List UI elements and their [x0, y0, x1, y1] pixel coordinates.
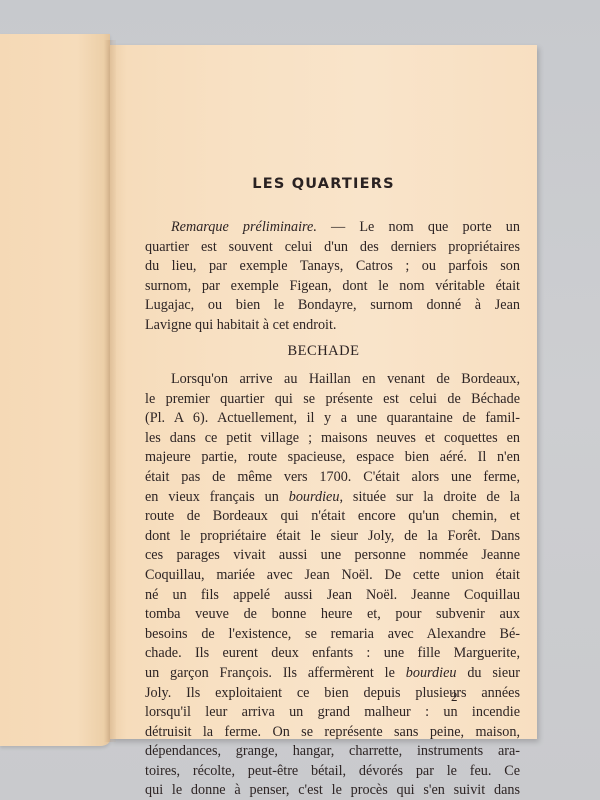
remark-line: surnom, par exemple Figean, dont le nom … — [145, 277, 520, 297]
body-line: route de Bordeaux qui n'était encore qu'… — [145, 507, 520, 527]
body-line: chade. Ils eurent deux enfants : une fil… — [145, 644, 520, 664]
body-paragraph: Lorsqu'on arrive au Haillan en venant de… — [145, 370, 520, 800]
body-line: détruisit la ferme. On se représente san… — [145, 723, 520, 743]
page-number: 2 — [451, 689, 458, 705]
body-line: lorsqu'il leur arriva un grand malheur :… — [145, 703, 520, 723]
body-line: majeure partie, route spacieuse, espace … — [145, 448, 520, 468]
body-line: était pas de même vers 1700. C'était alo… — [145, 468, 520, 488]
body-line: en vieux français un bourdieu, située su… — [145, 488, 520, 508]
body-line: Lorsqu'on arrive au Haillan en venant de… — [145, 370, 520, 390]
body-line: les dans ce petit village ; maisons neuv… — [145, 429, 520, 449]
italic-term: bourdieu — [289, 489, 340, 505]
remark-line: Lavigne qui habitait à cet endroit. — [145, 316, 520, 336]
remark-line: du lieu, par exemple Tanays, Catros ; ou… — [145, 257, 520, 277]
body-line: Coquillau, mariée avec Jean Noël. De cet… — [145, 566, 520, 586]
body-line: né un fils appelé aussi Jean Noël. Jeann… — [145, 586, 520, 606]
left-page — [0, 34, 110, 746]
body-line: ces parages vivait aussi une personne no… — [145, 546, 520, 566]
body-line: qui le donne à penser, c'est le procès q… — [145, 781, 520, 800]
section-title: BECHADE — [110, 343, 537, 360]
chapter-title: LES QUARTIERS — [110, 176, 537, 192]
body-line: dont le propriétaire était le sieur Joly… — [145, 527, 520, 547]
remark-line: quartier est souvent celui d'un des dern… — [145, 238, 520, 258]
body-line: un garçon François. Ils affermèrent le b… — [145, 664, 520, 684]
body-line: besoins de l'existence, se remaria avec … — [145, 625, 520, 645]
preliminary-remark: Remarque préliminaire. — Le nom que port… — [145, 218, 520, 336]
body-line: Joly. Ils exploitaient ce bien depuis pl… — [145, 684, 520, 704]
italic-term: bourdieu — [406, 665, 457, 681]
body-line: (Pl. A 6). Actuellement, il y a une quar… — [145, 409, 520, 429]
body-line: toires, récolte, peut-être bétail, dévor… — [145, 762, 520, 782]
body-line: tomba veuve de bonne heure et, pour subv… — [145, 605, 520, 625]
body-line: le premier quartier qui se présente est … — [145, 390, 520, 410]
remark-line: Remarque préliminaire. — Le nom que port… — [145, 218, 520, 238]
remark-label: Remarque préliminaire. — [171, 219, 317, 235]
body-line: dépendances, grange, hangar, charrette, … — [145, 742, 520, 762]
remark-line: Lugajac, ou bien le Bondayre, surnom don… — [145, 296, 520, 316]
book-gutter — [104, 40, 116, 742]
